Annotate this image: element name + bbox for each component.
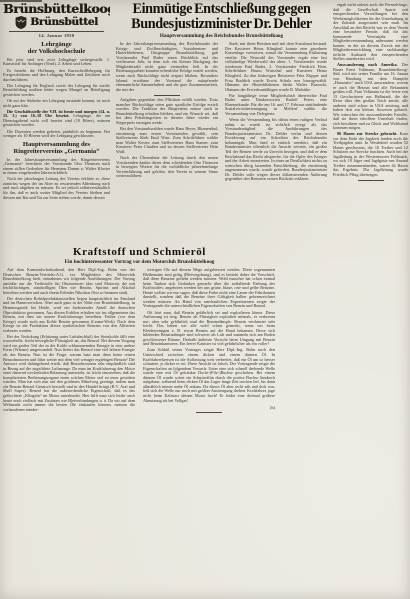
main-headline: Einmütige Entschließung gegen Bundesjust… — [116, 2, 327, 31]
article-germania-title: Hauptversammlung des Ringreitervereins „… — [3, 141, 110, 155]
article-vhs-body: Bis jetzt sind erst zwei Lehrgänge siche… — [3, 58, 110, 139]
paragraph: Bei der Verkokung (Erhitzung unter Lufta… — [3, 335, 135, 412]
article-vhs-title: Lehrgänge der Volkshochschule — [3, 41, 110, 55]
paragraph: Ob auf der Südseite ein Lehrgang zustand… — [3, 99, 110, 108]
main-article-col2: Stadt, mit ihren Beiräten und mit dem So… — [225, 42, 327, 225]
bottom-article-columns: Auf dem Kameradschaftsabend, den Herr Di… — [3, 268, 276, 584]
bottom-article: Kraftstoff und Schmieröl Ein hochinteres… — [3, 246, 276, 584]
paragraph: Der Lehrgang für Englisch sowie der Lehr… — [3, 84, 110, 98]
masthead: Brünsbüttelkoog Brünsbüttel 14. Januar 1… — [3, 2, 110, 38]
paragraph: Nach der jahrelangen Leitung des Vereins… — [3, 177, 110, 200]
masthead-rule — [9, 31, 104, 32]
notice-item: ergab nicht zuletzt auch die Fernsehfrag… — [333, 3, 408, 62]
scan-artifact — [0, 0, 42, 2]
paragraph: Bei den Vorstandswahlen wurde Hans Beyer… — [116, 127, 218, 154]
masthead-title: Brünsbüttelkoog — [3, 2, 110, 15]
bottom-section: Kraftstoff und Schmieröl Ein hochinteres… — [0, 242, 410, 584]
bottom-article-col1: Auf dem Kameradschaftsabend, den Herr Di… — [3, 268, 135, 584]
paragraph: Aufgaben gegenüber den Pflichten erfüllt… — [116, 98, 218, 125]
main-subhead: Hauptversammlung des Reichsbundes Brunsb… — [116, 33, 327, 39]
masthead-subtitle-row: Brünsbüttel — [3, 16, 110, 29]
notice-continuation: ergab nicht zuletzt auch die Fernsehfrag… — [333, 3, 408, 177]
paragraph: Auf dem Kameradschaftsabend, den Herr Di… — [3, 268, 135, 295]
article-signature: (b) — [143, 405, 275, 410]
germania-continuation-body: Aufgaben gegenüber den Pflichten erfüllt… — [116, 98, 218, 178]
issue-date: 14. Januar 1950 — [3, 33, 110, 38]
top-section: Brünsbüttelkoog Brünsbüttel 14. Januar 1… — [0, 0, 410, 242]
article-germania: Hauptversammlung des Ringreitervereins „… — [3, 141, 110, 200]
paragraph: Wenn die Versammlung bis dahin einen ruh… — [225, 118, 327, 182]
left-column: Brünsbüttelkoog Brünsbüttel 14. Januar 1… — [3, 2, 110, 242]
section-divider-rule — [154, 95, 180, 96]
article-germania-body: In der Jahreshauptversammlung des Ringre… — [3, 158, 110, 201]
main-col1-body: In der Jahreshauptversammlung des Reichs… — [116, 42, 218, 92]
paragraph: Für langjährige treue Mitgliedschaft übe… — [225, 94, 327, 117]
main-article-col1: In der Jahreshauptversammlung des Reichs… — [116, 42, 218, 225]
bottom-subhead: Ein hochinteressanter Vortrag vor dem Mo… — [3, 259, 276, 265]
bottom-col2-body: wertigen Öle auf diesem Wege aufgebesser… — [143, 268, 275, 403]
bottom-col1-body: Auf dem Kameradschaftsabend, den Herr Di… — [3, 268, 135, 412]
right-column-end-rule — [358, 180, 384, 181]
paragraph: Die Dozenten werden gebeten, pünktlich z… — [3, 130, 110, 139]
paragraph: In der Jahreshauptversammlung des Ringre… — [3, 158, 110, 176]
masthead-subtitle: Brünsbüttel — [30, 17, 98, 28]
bottom-headline: Kraftstoff und Schmieröl — [3, 246, 276, 258]
notice-item: 96 Hasen zur Strecke gebracht.Kurz vor d… — [333, 132, 408, 177]
notice-item: Auswanderung nach Amerika.Der Bauer Erns… — [333, 63, 408, 131]
paragraph: Nach der Übernahme der Leitung durch den… — [116, 156, 218, 179]
right-column: ergab nicht zuletzt auch die Fernsehfrag… — [333, 2, 408, 242]
bottom-article-col2: wertigen Öle auf diesem Wege aufgebesser… — [143, 268, 275, 584]
paragraph: Zum Schluß seines Vortrages zeigte Herr … — [143, 348, 275, 403]
main-col2-body: Stadt, mit ihren Beiräten und mit dem So… — [225, 42, 327, 182]
main-article: Einmütige Entschließung gegen Bundesjust… — [116, 2, 327, 242]
paragraph: Die Geschäftsstelle der V.H. ist heute u… — [3, 110, 110, 128]
main-article-columns: In der Jahreshauptversammlung des Reichs… — [116, 42, 327, 225]
paragraph: Stadt, mit ihren Beiräten und mit dem So… — [225, 42, 327, 92]
paragraph: Die deutschen Rohölproduktionsstellen li… — [3, 297, 135, 333]
paragraph: In der Jahreshauptversammlung des Reichs… — [116, 42, 218, 92]
paragraph: wertigen Öle auf diesem Wege aufgebesser… — [143, 268, 275, 309]
article-vhs: Lehrgänge der Volkshochschule Bis jetzt … — [3, 41, 110, 139]
newspaper-page: Brünsbüttelkoog Brünsbüttel 14. Januar 1… — [0, 0, 410, 599]
bottom-article-end-rule — [196, 412, 222, 413]
paragraph: Bis jetzt sind erst zwei Lehrgänge siche… — [3, 58, 110, 67]
paragraph: Oft hört man, daß Benzin gefährlich sei … — [143, 311, 275, 347]
paragraph: Es besteht die Hoffnung, den Kurzschrift… — [3, 69, 110, 83]
coat-of-arms-icon — [15, 16, 27, 29]
